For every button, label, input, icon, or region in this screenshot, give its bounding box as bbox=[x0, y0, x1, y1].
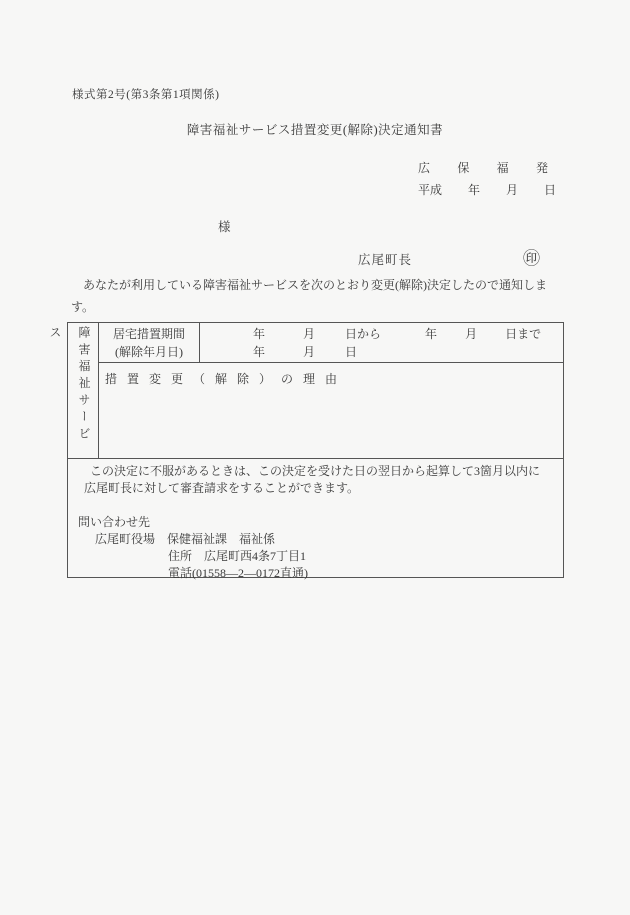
contact-address: 住所 広尾町西4条7丁目1 bbox=[68, 548, 563, 565]
reference-token: 発 bbox=[536, 159, 548, 176]
day-blank-label: 日 bbox=[345, 343, 357, 361]
year-blank-label: 年 bbox=[253, 325, 265, 343]
form-number: 様式第2号(第3条第1項関係) bbox=[72, 86, 219, 102]
reason-row: 措置変更（解除）の理由 bbox=[99, 363, 563, 458]
blank-line bbox=[68, 497, 563, 514]
appeal-note: この決定に不服があるときは、この決定を受けた日の翌日から起算して3箇月以内に広尾… bbox=[68, 463, 546, 497]
month-label: 月 bbox=[506, 181, 518, 198]
year-blank-label: 年 bbox=[425, 325, 437, 343]
reason-label: 措置変更（解除）の理由 bbox=[105, 370, 347, 387]
table-main-cells: 居宅措置期間 (解除年月日) 年月日から年月日まで 年月日 措置変更（解除）の理… bbox=[99, 323, 563, 458]
day-until-label: 日まで bbox=[505, 325, 541, 343]
reference-token: 保 bbox=[457, 159, 469, 176]
issuer-name: 広尾町長 bbox=[358, 250, 412, 268]
month-blank-label: 月 bbox=[465, 325, 477, 343]
reference-code-line: 広 保 福 発 bbox=[418, 159, 548, 176]
year-blank-label: 年 bbox=[253, 343, 265, 361]
contact-office: 広尾町役場 保健福祉課 福祉係 bbox=[68, 531, 563, 548]
contact-phone: 電話(01558―2―0172直通) bbox=[68, 565, 563, 582]
notice-paragraph: あなたが利用している障害福祉サービスを次のとおり変更(解除)決定したので通知しま… bbox=[71, 274, 555, 318]
period-value-line1: 年月日から年月日まで bbox=[253, 325, 563, 343]
period-label-line2: (解除年月日) bbox=[99, 343, 199, 361]
issuer-seal-icon: ㊞ bbox=[523, 244, 540, 269]
era-label: 平成 bbox=[418, 181, 442, 198]
month-blank-label: 月 bbox=[303, 343, 315, 361]
period-label: 居宅措置期間 (解除年月日) bbox=[99, 323, 200, 362]
period-value-line2: 年月日 bbox=[253, 343, 563, 361]
table-footer-section: この決定に不服があるときは、この決定を受けた日の翌日から起算して3箇月以内に広尾… bbox=[68, 459, 563, 578]
document-page: 様式第2号(第3条第1項関係) 障害福祉サービス措置変更(解除)決定通知書 広 … bbox=[0, 0, 630, 915]
reference-token: 福 bbox=[497, 159, 509, 176]
table-top-section: 障害福祉サービス 居宅措置期間 (解除年月日) 年月日から年月日まで 年月日 措… bbox=[68, 323, 563, 459]
day-from-label: 日から bbox=[345, 325, 381, 343]
period-value: 年月日から年月日まで 年月日 bbox=[200, 323, 563, 362]
reason-blank-area bbox=[99, 391, 563, 458]
service-category-label: 障害福祉サービス bbox=[68, 323, 99, 458]
document-title: 障害福祉サービス措置変更(解除)決定通知書 bbox=[0, 120, 630, 138]
day-label: 日 bbox=[544, 181, 556, 198]
addressee-honorific: 様 bbox=[218, 217, 231, 235]
reference-token: 広 bbox=[418, 159, 430, 176]
period-label-line1: 居宅措置期間 bbox=[99, 325, 199, 343]
year-label: 年 bbox=[468, 181, 480, 198]
service-table: 障害福祉サービス 居宅措置期間 (解除年月日) 年月日から年月日まで 年月日 措… bbox=[67, 322, 564, 578]
period-row: 居宅措置期間 (解除年月日) 年月日から年月日まで 年月日 bbox=[99, 323, 563, 363]
month-blank-label: 月 bbox=[303, 325, 315, 343]
issue-date-line: 平成 年 月 日 bbox=[418, 181, 556, 198]
contact-heading: 問い合わせ先 bbox=[68, 514, 563, 531]
